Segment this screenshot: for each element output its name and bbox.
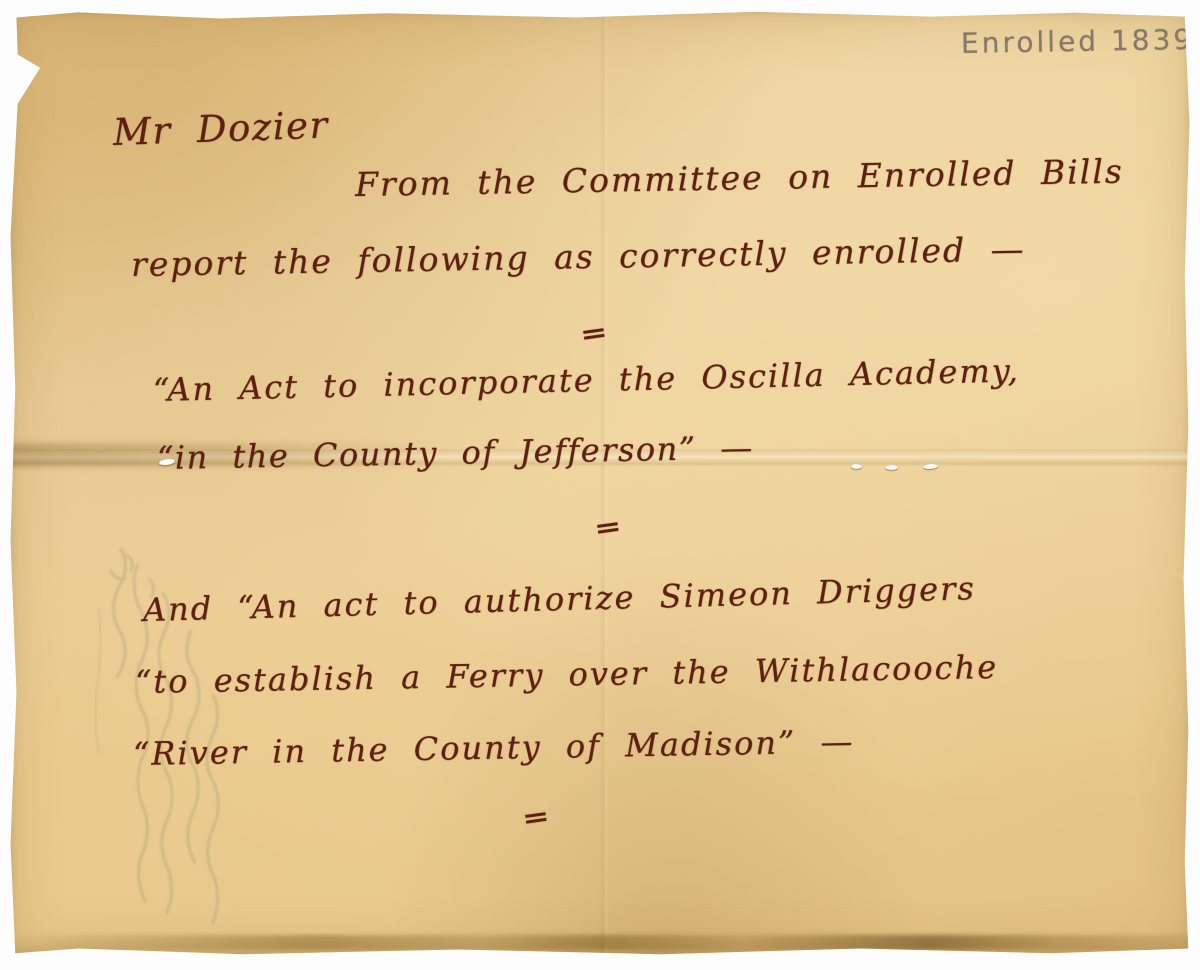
staple-hole (851, 464, 862, 469)
bottom-edge-stain (7, 935, 1193, 950)
staple-hole (885, 465, 898, 470)
staple-hole (923, 463, 938, 469)
paper-sheet: Enrolled 1839 Mr Dozier From the Committ… (7, 9, 1193, 958)
handwritten-line-salutation: Mr Dozier (112, 103, 329, 154)
handwritten-separator-2: = (592, 511, 623, 544)
handwritten-line-act2-county: “River in the County of Madison” — (133, 722, 855, 773)
vertical-crease (599, 9, 609, 958)
handwritten-separator-3: = (520, 801, 551, 835)
handwritten-line-act2-ferry: “to establish a Ferry over the Withlacoo… (135, 648, 999, 701)
handwritten-line-act2-title: And “An act to authorize Simeon Driggers (143, 569, 977, 629)
scanned-document: Enrolled 1839 Mr Dozier From the Committ… (0, 0, 1200, 970)
handwritten-line-report: report the following as correctly enroll… (131, 229, 1026, 284)
handwritten-separator-1: = (578, 317, 609, 350)
pencil-annotation: Enrolled 1839 (961, 23, 1195, 60)
handwritten-line-act1-county: “in the County of Jefferson” — (157, 429, 754, 477)
handwritten-line-act1-title: “An Act to incorporate the Oscilla Acade… (153, 351, 1021, 409)
handwritten-line-committee: From the Committee on Enrolled Bills (355, 152, 1124, 204)
